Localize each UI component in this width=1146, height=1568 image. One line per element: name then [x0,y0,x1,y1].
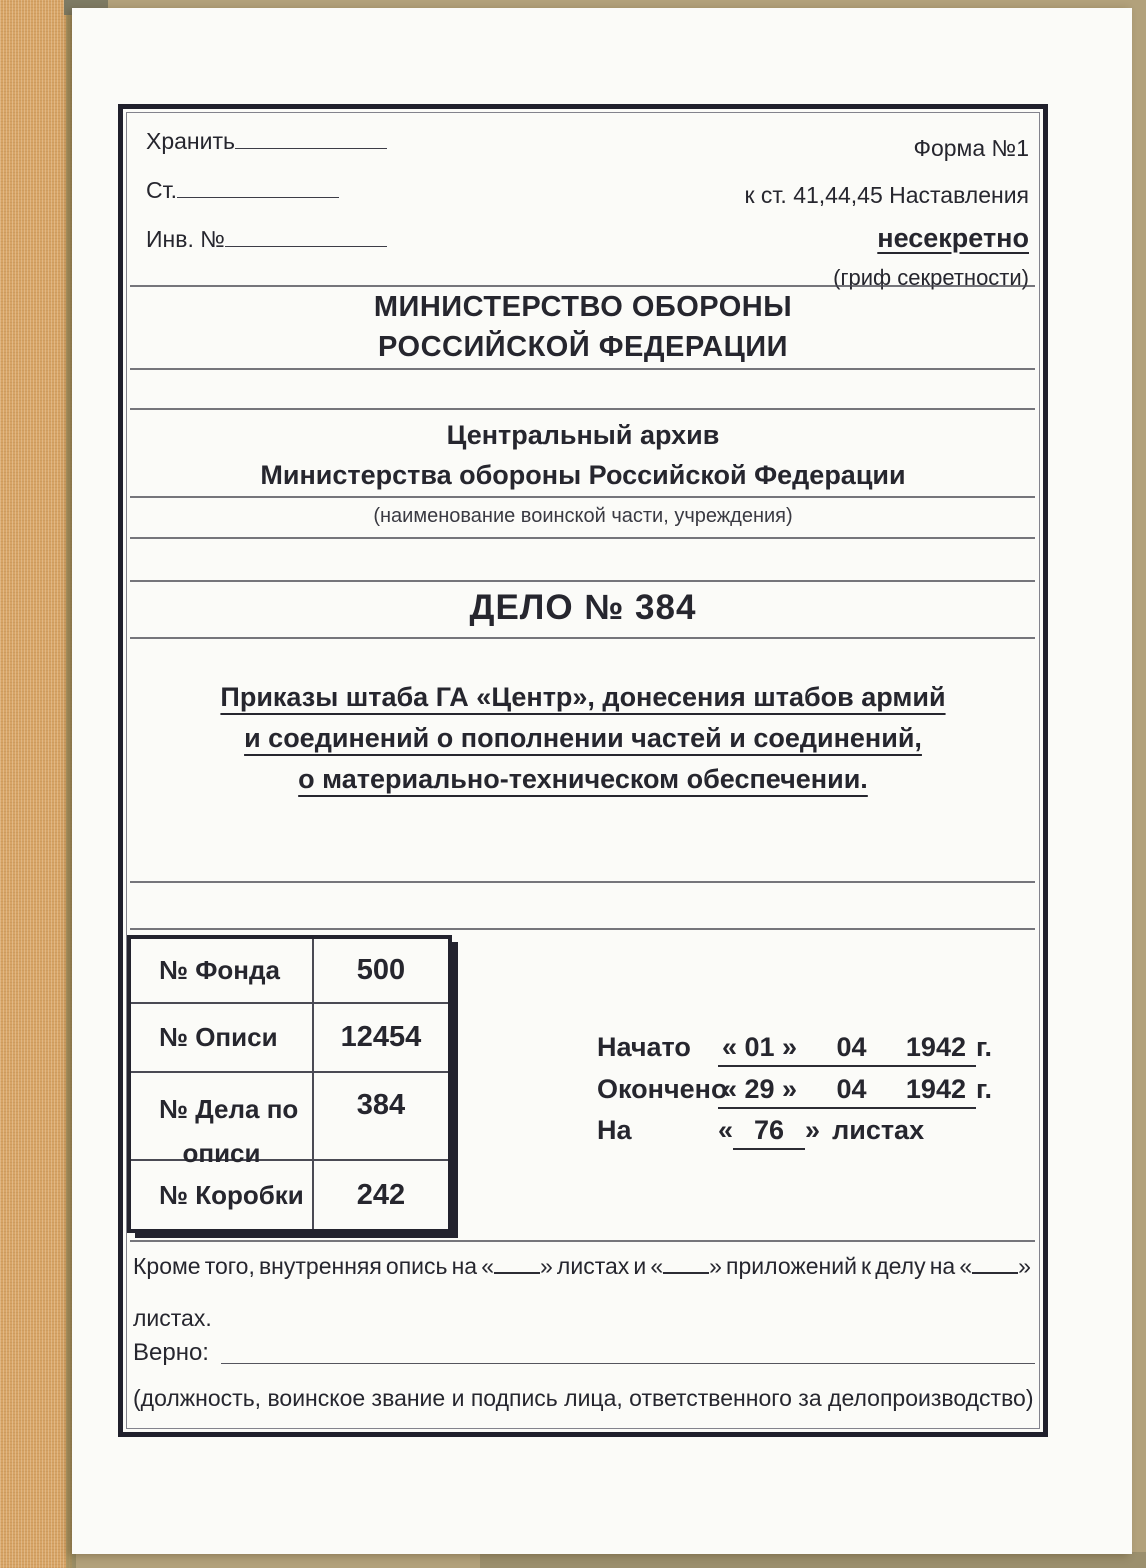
korobka-value: 242 [314,1161,448,1229]
started-label: Начато [597,1032,718,1063]
subject-line1: Приказы штаба ГА «Центр», донесения штаб… [123,677,1043,718]
subject-line3: о материально-техническом обеспечении. [123,759,1043,800]
verno-label: Верно: [133,1339,209,1367]
started-year: 1942 [906,1032,966,1063]
subject-line2: и соединений о пополнении частей и соеди… [123,718,1043,759]
ministry-line2: РОССИЙСКОЙ ФЕДЕРАЦИИ [123,327,1043,367]
section-divider-line [130,1240,1035,1242]
finished-date-line: « 29 » 04 1942 [718,1074,976,1109]
verno-row: Верно: [133,1339,1035,1367]
finished-year: 1942 [906,1074,966,1105]
inv-label: Инв. № [146,226,225,252]
delo-label: № Дела по описи [131,1073,314,1159]
position-caption: (должность, воинское звание и подпись ли… [133,1385,1034,1412]
blank-gap-line [494,1258,540,1274]
rule-line [130,580,1035,582]
korobka-label: № Коробки [131,1161,314,1229]
form-number: Форма №1 [744,135,1029,162]
paper-sheet: Хранить Ст. Инв. № Форма №1 к ст. 41,44,… [72,8,1132,1554]
sheets-word: листах [832,1115,924,1146]
note-word: Кроме [133,1253,201,1280]
ministry-line1: МИНИСТЕРСТВО ОБОРОНЫ [123,287,1043,327]
archive-line2: Министерства обороны Российской Федераци… [123,455,1043,495]
started-day: « 01 » [722,1032,797,1063]
fond-label: № Фонда [131,939,314,1002]
note-word: к [861,1253,871,1280]
started-date-line: « 01 » 04 1942 [718,1032,976,1067]
regulation-reference: к ст. 41,44,45 Наставления [744,182,1029,209]
note-word: листах [557,1253,629,1280]
scanned-archive-cover: { "header_left": { "keep_label": "Хранит… [0,0,1146,1568]
blank-gap-line [663,1258,709,1274]
form-header: Форма №1 к ст. 41,44,45 Наставления несе… [744,135,1029,291]
rule-line [130,881,1035,883]
inner-inventory-note-wrap: листах. [133,1305,212,1332]
fond-value: 500 [314,939,448,1002]
sheets-close-quote: » [805,1115,820,1146]
keep-blank-line [235,129,387,149]
case-subject: Приказы штаба ГА «Центр», донесения штаб… [123,677,1043,800]
sheets-count: 76 [733,1115,805,1150]
inv-blank-line [225,227,387,247]
note-word: «» [959,1253,1031,1280]
finished-label: Окончено [597,1074,718,1105]
rule-line [130,408,1035,410]
ministry-title: МИНИСТЕРСТВО ОБОРОНЫ РОССИЙСКОЙ ФЕДЕРАЦИ… [123,287,1043,367]
form-frame: Хранить Ст. Инв. № Форма №1 к ст. 41,44,… [118,104,1048,1437]
archive-line1: Центральный архив [123,415,1043,455]
sheets-row: На « 76 » листах [597,1115,924,1151]
rule-line [130,368,1035,370]
keep-label: Хранить [146,128,235,154]
inner-inventory-note: Крометого,внутренняяописьна«»листахи«»пр… [133,1253,1031,1280]
note-word: опись [386,1253,448,1280]
note-word: и [633,1253,646,1280]
rule-line [130,928,1035,930]
cover-bottom-patch [480,1552,1146,1568]
rule-line [130,637,1035,639]
table-row-korobka: № Коробки 242 [131,1161,448,1229]
unit-name-caption: (наименование воинской части, учреждения… [123,505,1043,528]
note-word: на [452,1253,478,1280]
note-word: приложений [726,1253,857,1280]
secrecy-stamp: несекретно [744,223,1029,254]
blank-gap-line [972,1258,1018,1274]
book-cover-cloth [0,0,72,1568]
year-suffix: г. [976,1032,992,1063]
inv-field: Инв. № [146,215,387,264]
note-word: «» [481,1253,553,1280]
rule-line [130,496,1035,498]
signature-line [221,1340,1035,1364]
reference-table: № Фонда 500 № Описи 12454 № Дела по опис… [127,935,452,1233]
st-field: Ст. [146,166,387,215]
note-word: внутренняя [259,1253,382,1280]
note-word: «» [650,1253,722,1280]
opis-label: № Описи [131,1004,314,1071]
note-word: на [930,1253,956,1280]
delo-value: 384 [314,1073,448,1159]
rule-line [130,537,1035,539]
note-word: делу [875,1253,925,1280]
archive-name: Центральный архив Министерства обороны Р… [123,415,1043,495]
started-row: Начато « 01 » 04 1942 г. [597,1032,992,1068]
started-month: 04 [836,1032,866,1063]
finished-row: Окончено « 29 » 04 1942 г. [597,1074,992,1110]
st-label: Ст. [146,177,177,203]
table-row-opis: № Описи 12454 [131,1004,448,1073]
year-suffix: г. [976,1074,992,1105]
table-row-delo: № Дела по описи 384 [131,1073,448,1161]
case-number-title: ДЕЛО № 384 [123,586,1043,630]
sheets-open-quote: « [718,1115,733,1146]
opis-value: 12454 [314,1004,448,1071]
sheets-label: На [597,1115,718,1146]
keep-field: Хранить [146,117,387,166]
st-blank-line [177,178,339,198]
finished-day: « 29 » [722,1074,797,1105]
storage-fields: Хранить Ст. Инв. № [146,117,387,264]
table-row-fond: № Фонда 500 [131,939,448,1004]
note-word: того, [205,1253,255,1280]
finished-month: 04 [836,1074,866,1105]
